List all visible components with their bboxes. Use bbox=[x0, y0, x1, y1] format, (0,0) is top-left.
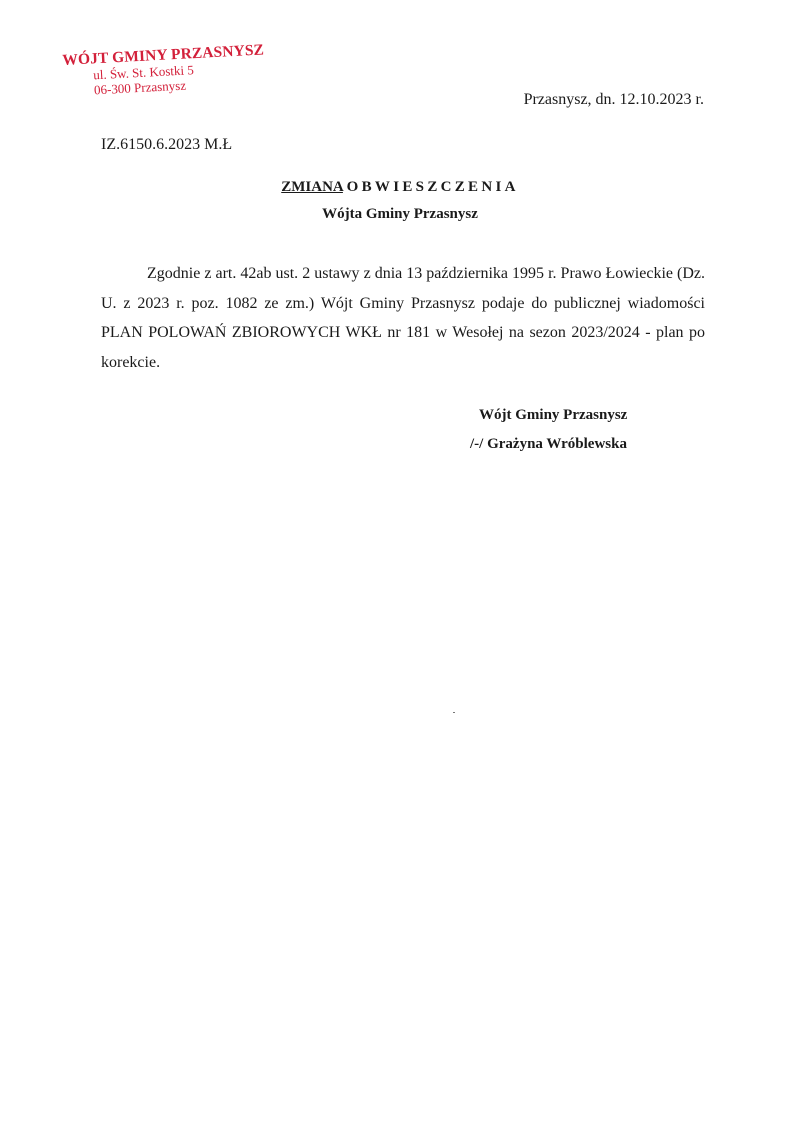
case-reference: IZ.6150.6.2023 M.Ł bbox=[101, 136, 232, 154]
document-title: ZMIANA OBWIESZCZENIA bbox=[0, 179, 800, 196]
place-and-date: Przasnysz, dn. 12.10.2023 r. bbox=[524, 91, 704, 109]
title-spaced-word: OBWIESZCZENIA bbox=[347, 179, 519, 195]
scan-speck bbox=[453, 712, 455, 713]
signature-block: Wójt Gminy Przasnysz /-/ Grażyna Wróblew… bbox=[470, 401, 627, 459]
document-body: Zgodnie z art. 42ab ust. 2 ustawy z dnia… bbox=[101, 259, 705, 377]
title-underlined-word: ZMIANA bbox=[281, 179, 343, 195]
official-stamp: WÓJT GMINY PRZASNYSZ ul. Św. St. Kostki … bbox=[62, 41, 266, 99]
document-subtitle: Wójta Gminy Przasnysz bbox=[0, 206, 800, 223]
signature-name: /-/ Grażyna Wróblewska bbox=[470, 430, 627, 459]
signature-title: Wójt Gminy Przasnysz bbox=[470, 401, 627, 430]
body-paragraph: Zgodnie z art. 42ab ust. 2 ustawy z dnia… bbox=[101, 259, 705, 377]
